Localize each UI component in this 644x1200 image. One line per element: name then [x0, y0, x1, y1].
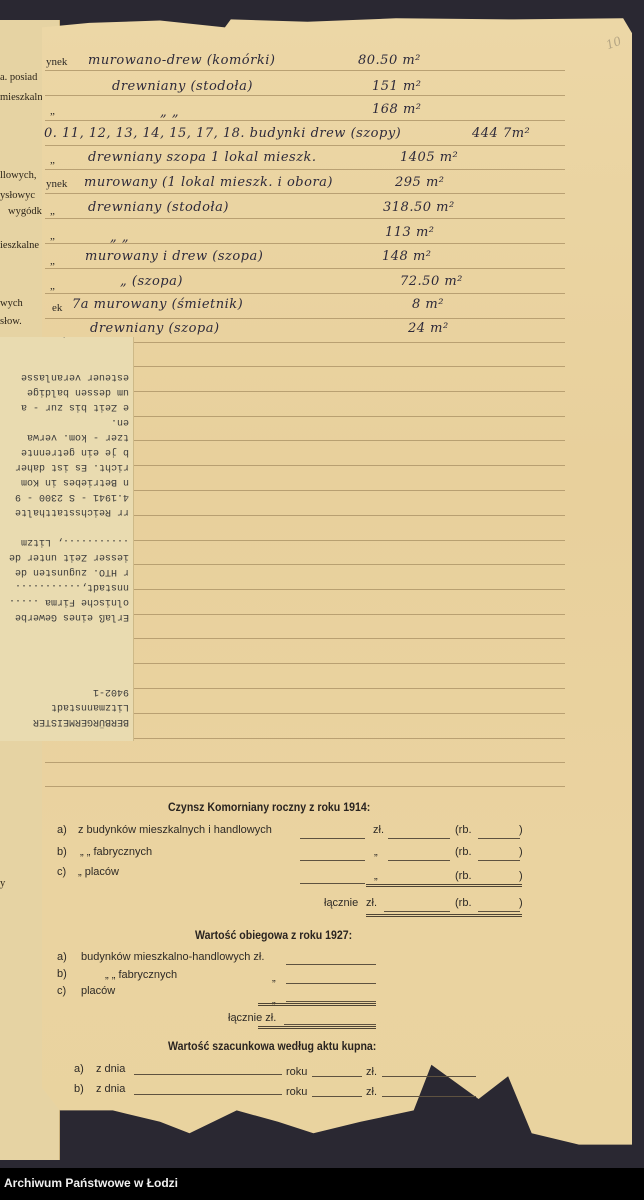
close-paren: )	[519, 897, 523, 909]
total-rule	[258, 1026, 376, 1029]
row-prefix: ynek	[46, 178, 67, 190]
total-rb-field[interactable]	[478, 911, 520, 912]
row-description: murowany i drew (szopa)	[85, 249, 263, 264]
row-description: 7a murowany (śmietnik)	[72, 297, 243, 312]
row-area: 1405 m²	[400, 150, 458, 165]
item-label: b)	[74, 1083, 84, 1095]
date-label: z dnia	[96, 1063, 125, 1075]
item-label: a)	[74, 1063, 84, 1075]
row-prefix: „	[50, 255, 55, 267]
close-paren: )	[519, 824, 523, 836]
rb-label: (rb.	[455, 846, 472, 858]
total-rb: (rb.	[455, 897, 472, 909]
amount-field[interactable]	[300, 883, 365, 884]
total-field[interactable]	[284, 1024, 376, 1025]
year-field[interactable]	[312, 1076, 362, 1077]
row-description: murowany (1 lokal mieszk. i obora)	[84, 175, 333, 190]
date-field[interactable]	[134, 1094, 282, 1095]
total-currency: zł.	[366, 897, 377, 909]
currency: „	[374, 870, 378, 882]
amount-field[interactable]	[382, 1076, 476, 1077]
under-label: wygódk	[8, 206, 42, 217]
amount-field[interactable]	[286, 983, 376, 984]
total-zl-field[interactable]	[384, 911, 450, 912]
row-description: drewniany szopa 1 lokal mieszk.	[88, 150, 317, 165]
item-label: a)	[57, 951, 67, 963]
row-area: 148 m²	[382, 249, 431, 264]
date-field[interactable]	[134, 1074, 282, 1075]
row-area: 295 m²	[395, 175, 444, 190]
item-label: b)	[57, 968, 67, 980]
under-label: a. posiad	[0, 72, 37, 83]
row-area: 72.50 m²	[400, 274, 463, 289]
row-prefix: „	[50, 105, 55, 117]
row-description: drewniany (szopa)	[90, 321, 220, 336]
row-area: 8 m²	[412, 297, 444, 312]
row-description: murowano-drew (komórki)	[88, 53, 275, 68]
rb-label: (rb.	[455, 824, 472, 836]
currency: zł.	[366, 1066, 377, 1078]
amount-field[interactable]	[286, 964, 376, 965]
item-label: c)	[57, 985, 66, 997]
row-area: 24 m²	[408, 321, 449, 336]
scanner-edge	[632, 18, 644, 1168]
row-description: „ (szopa)	[120, 274, 183, 289]
amount-field[interactable]	[286, 1001, 376, 1002]
item-label: b)	[57, 846, 67, 858]
archive-name: Archiwum Państwowe w Łodzi	[4, 1176, 178, 1190]
section-title: Wartość obiegowa z roku 1927:	[195, 930, 352, 942]
amount-field[interactable]	[300, 860, 365, 861]
row-area: 168 m²	[372, 102, 421, 117]
year-label: roku	[286, 1086, 307, 1098]
rb-field[interactable]	[478, 838, 520, 839]
row-area: 444 7m²	[472, 126, 530, 141]
total-label: łącznie	[324, 897, 358, 909]
under-label: llowych,	[0, 170, 36, 181]
currency: zł.	[366, 1086, 377, 1098]
section-title: Czynsz Komorniany roczny z roku 1914:	[168, 802, 370, 814]
total-label: łącznie zł.	[228, 1012, 276, 1024]
item-text: z budynków mieszkalnych i handlowych	[78, 824, 272, 836]
under-label: ieszkalne	[0, 240, 39, 251]
pasted-typed-note: BERBÜRGERMEISTER Litzmannstadt 9402-1 An…	[0, 337, 134, 741]
item-text: „ placów	[78, 866, 119, 878]
subtotal-rule	[258, 1003, 376, 1006]
row-description: „ „	[110, 230, 129, 245]
row-description: 0. 11, 12, 13, 14, 15, 17, 18. budynki d…	[44, 126, 401, 141]
year-field[interactable]	[312, 1096, 362, 1097]
currency: zł.	[373, 824, 384, 836]
zl-field[interactable]	[388, 860, 450, 861]
row-description: drewniany (stodoła)	[112, 79, 253, 94]
row-description: „ „	[160, 105, 179, 120]
item-text: budynków mieszkalno-handlowych zł.	[81, 951, 264, 963]
under-label: mieszkaln	[0, 92, 43, 103]
currency: „	[374, 846, 378, 858]
amount-field[interactable]	[382, 1096, 476, 1097]
row-area: 151 m²	[372, 79, 421, 94]
item-label: a)	[57, 824, 67, 836]
row-prefix: „	[50, 280, 55, 292]
upside-down-text: BERBÜRGERMEISTER Litzmannstadt 9402-1 An…	[0, 337, 134, 741]
item-text: „ „ fabrycznych	[105, 969, 177, 981]
zl-field[interactable]	[388, 838, 450, 839]
close-paren: )	[519, 846, 523, 858]
under-label: wych	[0, 298, 23, 309]
under-label: ysłowyc	[0, 190, 35, 201]
item-text: „ „ fabrycznych	[80, 846, 152, 858]
row-area: 80.50 m²	[358, 53, 421, 68]
total-rule	[366, 914, 522, 917]
under-label: y	[0, 878, 5, 889]
rb-field[interactable]	[478, 860, 520, 861]
row-description: drewniany (stodoła)	[88, 200, 229, 215]
section-title: Wartość szacunkowa według aktu kupna:	[168, 1041, 376, 1053]
subtotal-rule	[366, 884, 522, 887]
year-label: roku	[286, 1066, 307, 1078]
archive-footer: Archiwum Państwowe w Łodzi	[0, 1168, 644, 1200]
under-label: słow.	[0, 316, 22, 327]
row-prefix: „	[50, 154, 55, 166]
row-prefix: „	[50, 230, 55, 242]
row-area: 318.50 m²	[383, 200, 455, 215]
close-paren: )	[519, 870, 523, 882]
date-label: z dnia	[96, 1083, 125, 1095]
item-label: c)	[57, 866, 66, 878]
item-text: placów	[81, 985, 115, 997]
row-prefix: ynek	[46, 56, 67, 68]
amount-field[interactable]	[300, 838, 365, 839]
row-area: 113 m²	[385, 225, 434, 240]
rb-label: (rb.	[455, 870, 472, 882]
currency: „	[272, 972, 276, 984]
row-prefix: „	[50, 205, 55, 217]
row-prefix: ek	[52, 302, 62, 314]
